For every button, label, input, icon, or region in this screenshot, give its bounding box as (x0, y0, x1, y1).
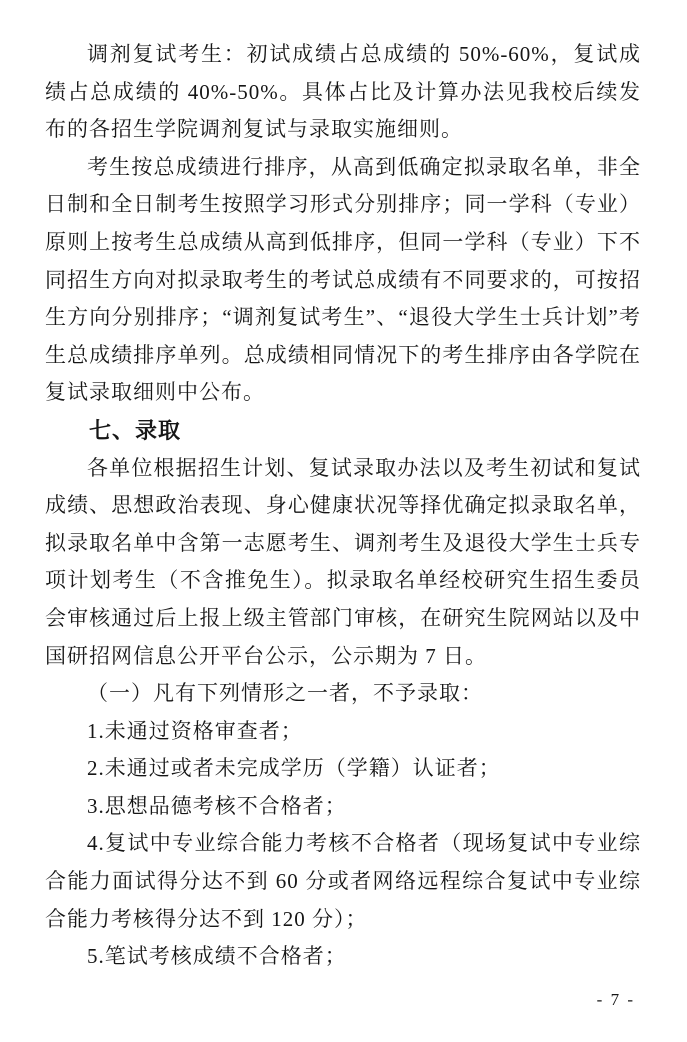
paragraph-ranking-rules: 考生按总成绩进行排序，从高到低确定拟录取名单，非全日制和全日制考生按照学习形式分… (45, 149, 641, 412)
list-item-rejection-4: 4.复试中专业综合能力考核不合格者（现场复试中专业综合能力面试得分达不到 60 … (45, 825, 641, 938)
paragraph-admission-list-process: 各单位根据招生计划、复试录取办法以及考生初试和复试成绩、思想政治表现、身心健康状… (45, 450, 641, 676)
list-item-rejection-5: 5.笔试考核成绩不合格者； (45, 938, 641, 976)
paragraph-adjustment-score-weights: 调剂复试考生：初试成绩占总成绩的 50%-60%，复试成绩占总成绩的 40%-5… (45, 36, 641, 149)
paragraph-rejection-conditions-intro: （一）凡有下列情形之一者，不予录取： (45, 675, 641, 713)
list-item-rejection-3: 3.思想品德考核不合格者； (45, 788, 641, 826)
list-item-rejection-1: 1.未通过资格审查者； (45, 713, 641, 751)
document-page: 调剂复试考生：初试成绩占总成绩的 50%-60%，复试成绩占总成绩的 40%-5… (0, 0, 687, 1042)
page-number: - 7 - (597, 990, 635, 1010)
section-heading-admission: 七、录取 (45, 412, 641, 450)
list-item-rejection-2: 2.未通过或者未完成学历（学籍）认证者； (45, 750, 641, 788)
document-content: 调剂复试考生：初试成绩占总成绩的 50%-60%，复试成绩占总成绩的 40%-5… (45, 36, 641, 976)
